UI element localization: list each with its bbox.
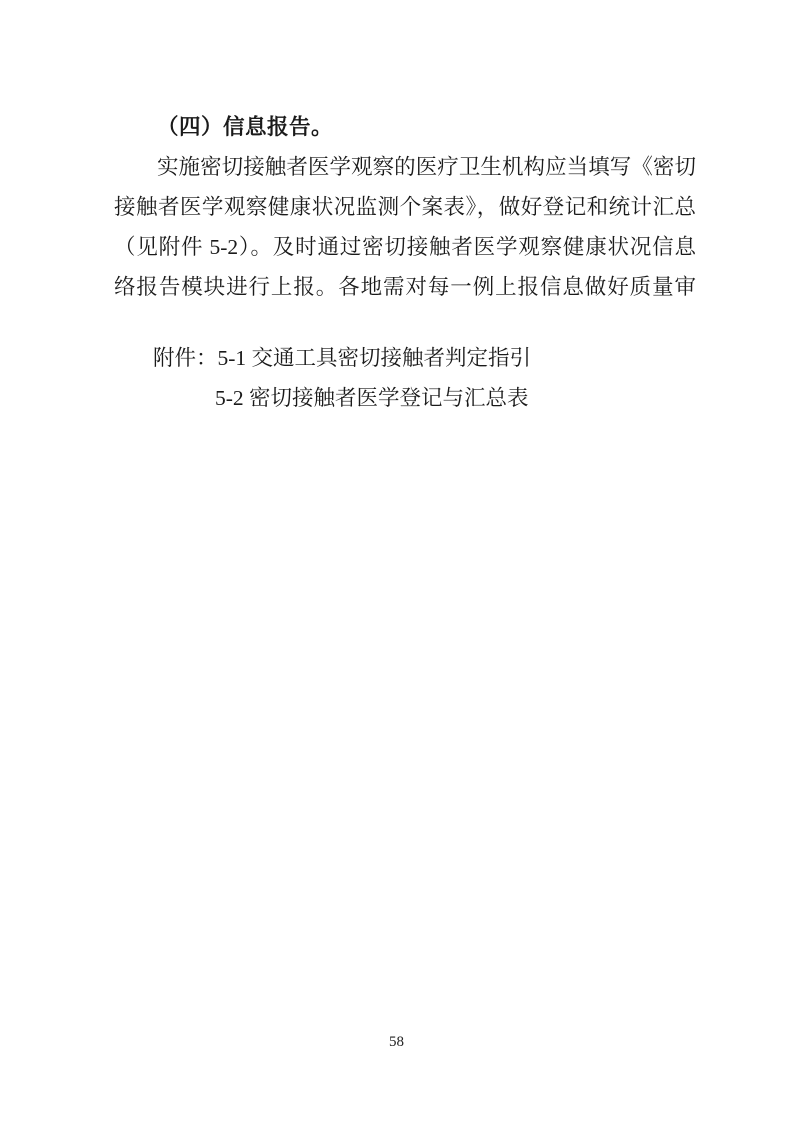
attachment-item-2: 5-2 密切接触者医学登记与汇总表 <box>215 386 529 410</box>
paragraph-line-4: 络报告模块进行上报。各地需对每一例上报信息做好质量审核。 <box>114 267 696 307</box>
attachments-label: 附件： <box>153 346 218 370</box>
paragraph-line-2: 接触者医学观察健康状况监测个案表》，做好登记和统计汇总 <box>114 187 696 227</box>
paragraph-line-1: 实施密切接触者医学观察的医疗卫生机构应当填写《密切 <box>114 147 696 187</box>
document-page: （四）信息报告。 实施密切接触者医学观察的医疗卫生机构应当填写《密切 接触者医学… <box>0 0 793 1122</box>
section-heading: （四）信息报告。 <box>114 107 696 147</box>
body-paragraph: 实施密切接触者医学观察的医疗卫生机构应当填写《密切 接触者医学观察健康状况监测个… <box>114 147 696 307</box>
document-body: （四）信息报告。 实施密切接触者医学观察的医疗卫生机构应当填写《密切 接触者医学… <box>114 107 696 418</box>
attachment-item-1: 5-1 交通工具密切接触者判定指引 <box>218 346 532 370</box>
attachments-block: 附件：5-1 交通工具密切接触者判定指引 5-2 密切接触者医学登记与汇总表 <box>114 338 696 418</box>
attachment-line-1: 附件：5-1 交通工具密切接触者判定指引 <box>114 338 696 378</box>
attachment-line-2: 5-2 密切接触者医学登记与汇总表 <box>114 378 696 418</box>
paragraph-line-3: （见附件 5-2）。及时通过密切接触者医学观察健康状况信息网 <box>114 227 696 267</box>
page-number: 58 <box>0 1033 793 1051</box>
